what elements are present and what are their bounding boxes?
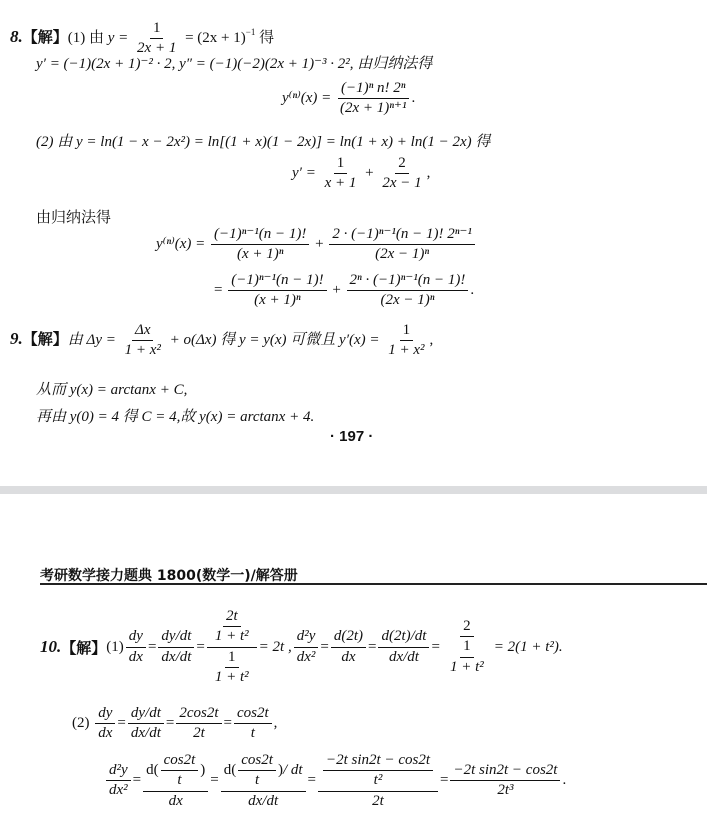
numerator: −2t sin2t − cos2t bbox=[450, 762, 560, 781]
compound-fraction: 2t1 + t² 11 + t² bbox=[207, 608, 257, 686]
denominator: dx bbox=[166, 792, 186, 810]
numerator: 1 bbox=[225, 649, 239, 668]
q8-part2-line: (2) 由 y = ln(1 − x − 2x²) = ln[(1 + x)(1… bbox=[36, 130, 490, 151]
punct: , bbox=[427, 165, 431, 181]
numerator: Δx bbox=[132, 322, 153, 341]
fraction: −2t sin2t − cos2tt² bbox=[323, 752, 433, 790]
q9-line2: 从而 y(x) = arctanx + C, bbox=[36, 378, 187, 399]
numerator: d(cos2tt)/ dt bbox=[221, 752, 306, 792]
denominator: 1 + x² bbox=[122, 341, 164, 359]
q9-line3: 再由 y(0) = 4 得 C = 4,故 y(x) = arctanx + 4… bbox=[36, 405, 314, 426]
numerator: cos2t bbox=[161, 752, 199, 771]
numerator: 2ⁿ · (−1)ⁿ⁻¹(n − 1)! bbox=[347, 272, 469, 291]
math-text: = 2t , bbox=[259, 639, 292, 656]
math-text: y⁽ⁿ⁾(x) = bbox=[282, 90, 331, 106]
solution-tag: 【解】 bbox=[23, 28, 68, 46]
solution-tag: 【解】 bbox=[61, 637, 106, 658]
numerator: d(cos2tt) bbox=[143, 752, 208, 792]
fraction: d(2t)/dtdx/dt bbox=[378, 628, 429, 666]
numerator: 2t1 + t² bbox=[207, 608, 257, 648]
punct: . bbox=[470, 282, 474, 298]
punct: . bbox=[411, 90, 415, 106]
fraction: d²ydx² bbox=[294, 628, 319, 666]
q10-part2-line2: d²ydx²= d(cos2tt) dx = d(cos2tt)/ dt dx/… bbox=[104, 752, 566, 810]
numerator: d²y bbox=[294, 628, 319, 647]
numerator: 2 bbox=[460, 618, 474, 637]
fraction: 2cos2t2t bbox=[176, 705, 221, 743]
numerator: (−1)ⁿ⁻¹(n − 1)! bbox=[228, 272, 326, 291]
compound-fraction: d(cos2tt)/ dt dx/dt bbox=[221, 752, 306, 810]
denominator: 11 + t² bbox=[207, 648, 257, 687]
denominator: x + 1 bbox=[322, 174, 360, 192]
numerator: 2 bbox=[395, 155, 409, 174]
denominator: t bbox=[174, 771, 184, 789]
fraction: −2t sin2t − cos2t2t³ bbox=[450, 762, 560, 800]
numerator: cos2t bbox=[234, 705, 272, 724]
q8-result1: y⁽ⁿ⁾(x) = (−1)ⁿ n! 2ⁿ(2x + 1)ⁿ⁺¹. bbox=[282, 80, 415, 118]
numerator: −2t sin2t − cos2tt² bbox=[318, 752, 438, 792]
fraction: (−1)ⁿ n! 2ⁿ(2x + 1)ⁿ⁺¹ bbox=[337, 80, 409, 118]
punct: , bbox=[430, 332, 434, 348]
numerator: dy/dt bbox=[158, 628, 194, 647]
math-text: d bbox=[224, 762, 232, 778]
fraction: cos2tt bbox=[238, 752, 276, 790]
page-number: · 197 · bbox=[330, 428, 373, 445]
fraction: dydx bbox=[95, 705, 115, 743]
q8-result3: = (−1)ⁿ⁻¹(n − 1)!(x + 1)ⁿ + 2ⁿ · (−1)ⁿ⁻¹… bbox=[214, 272, 474, 310]
denominator: t bbox=[248, 724, 258, 742]
math-text: + o(Δx) 得 y = y(x) 可微且 y′(x) = bbox=[170, 332, 380, 348]
denominator: dx/dt bbox=[386, 648, 422, 666]
denominator: dx/dt bbox=[158, 648, 194, 666]
denominator: (2x − 1)ⁿ bbox=[372, 245, 432, 263]
denominator: 2t bbox=[369, 792, 387, 810]
numerator: 1 bbox=[400, 322, 414, 341]
fraction: 11 + t² bbox=[212, 649, 252, 687]
numerator: (−1)ⁿ⁻¹(n − 1)! bbox=[211, 226, 309, 245]
fraction: (−1)ⁿ⁻¹(n − 1)!(x + 1)ⁿ bbox=[211, 226, 309, 264]
numerator: dy bbox=[95, 705, 115, 724]
part-label: (2) bbox=[72, 715, 90, 732]
math-text: y = bbox=[108, 30, 129, 46]
compound-fraction: 2 11 + t² bbox=[442, 618, 492, 676]
exponent: −1 bbox=[246, 27, 256, 37]
fraction: cos2tt bbox=[161, 752, 199, 790]
fraction: 22x − 1 bbox=[379, 155, 424, 193]
q8-line2: y′ = (−1)(2x + 1)⁻² · 2, y″ = (−1)(−2)(2… bbox=[36, 52, 432, 73]
fraction: 2ⁿ · (−1)ⁿ⁻¹(n − 1)!(2x − 1)ⁿ bbox=[347, 272, 469, 310]
fraction: dy/dtdx/dt bbox=[158, 628, 194, 666]
fraction: Δx1 + x² bbox=[122, 322, 164, 360]
math-text: / dt bbox=[283, 762, 303, 778]
denominator: t² bbox=[371, 771, 386, 789]
numerator: 2cos2t bbox=[176, 705, 221, 724]
fraction: dydx bbox=[126, 628, 146, 666]
denominator: 1 + t² bbox=[212, 627, 252, 645]
question-number: 8. bbox=[10, 27, 23, 46]
denominator: 1 + t² bbox=[447, 658, 487, 676]
denominator: t bbox=[252, 771, 262, 789]
fraction: d(2t)dx bbox=[331, 628, 366, 666]
fraction: 1x + 1 bbox=[322, 155, 360, 193]
denominator: (2x + 1)ⁿ⁺¹ bbox=[337, 99, 409, 117]
denominator: 1 + x² bbox=[385, 341, 427, 359]
math-text: = 2(1 + t²). bbox=[494, 639, 563, 656]
denominator: dx/dt bbox=[245, 792, 281, 810]
denominator: dx bbox=[95, 724, 115, 742]
fraction: 2t1 + t² bbox=[212, 608, 252, 646]
numerator: d(2t)/dt bbox=[378, 628, 429, 647]
denominator: 2t bbox=[190, 724, 208, 742]
math-text: y⁽ⁿ⁾(x) = bbox=[156, 236, 205, 252]
running-header: 考研数学接力题典 1800(数学一)/解答册 bbox=[40, 565, 298, 585]
denominator: dx bbox=[126, 648, 146, 666]
denominator: 1 + t² bbox=[212, 668, 252, 686]
denominator: (x + 1)ⁿ bbox=[251, 291, 304, 309]
numerator: cos2t bbox=[238, 752, 276, 771]
numerator: −2t sin2t − cos2t bbox=[323, 752, 433, 771]
denominator: 11 + t² bbox=[442, 637, 492, 676]
fraction: 11 + x² bbox=[385, 322, 427, 360]
denominator: 2t³ bbox=[494, 781, 516, 799]
denominator: 2x − 1 bbox=[379, 174, 424, 192]
fraction: cos2tt bbox=[234, 705, 272, 743]
question-number: 10. bbox=[40, 637, 61, 657]
numerator: d²y bbox=[106, 762, 131, 781]
punct: . bbox=[562, 772, 566, 789]
denominator: (x + 1)ⁿ bbox=[234, 245, 287, 263]
math-text: 由 Δy = bbox=[68, 332, 116, 348]
denominator: dx bbox=[338, 648, 358, 666]
numerator: d(2t) bbox=[331, 628, 366, 647]
math-text: = (2x + 1) bbox=[185, 30, 246, 46]
fraction: 11 + t² bbox=[447, 638, 487, 676]
header-rule bbox=[40, 583, 707, 585]
denominator: dx/dt bbox=[128, 724, 164, 742]
part-label: (1) 由 bbox=[68, 30, 104, 46]
numerator: 1 bbox=[460, 638, 474, 657]
fraction: d²ydx² bbox=[106, 762, 131, 800]
page-separator bbox=[0, 486, 707, 494]
math-text: y′ = bbox=[292, 165, 316, 181]
denominator: dx² bbox=[294, 648, 319, 666]
numerator: dy/dt bbox=[128, 705, 164, 724]
text: 得 bbox=[259, 30, 274, 46]
denominator: dx² bbox=[106, 781, 131, 799]
q8-result2: y⁽ⁿ⁾(x) = (−1)ⁿ⁻¹(n − 1)!(x + 1)ⁿ + 2 · … bbox=[156, 226, 477, 264]
operator: = bbox=[214, 282, 222, 298]
numerator: 1 bbox=[334, 155, 348, 174]
numerator: 2 · (−1)ⁿ⁻¹(n − 1)! 2ⁿ⁻¹ bbox=[329, 226, 475, 245]
denominator: (2x − 1)ⁿ bbox=[377, 291, 437, 309]
numerator: 1 bbox=[150, 20, 164, 39]
fraction: 2 · (−1)ⁿ⁻¹(n − 1)! 2ⁿ⁻¹(2x − 1)ⁿ bbox=[329, 226, 475, 264]
compound-fraction: d(cos2tt) dx bbox=[143, 752, 208, 810]
numerator: dy bbox=[126, 628, 146, 647]
operator: + bbox=[365, 165, 373, 181]
question-number: 9. bbox=[10, 329, 23, 348]
q8-induction-text: 由归纳法得 bbox=[36, 206, 111, 227]
q9-line1: 9.【解】由 Δy = Δx1 + x² + o(Δx) 得 y = y(x) … bbox=[10, 322, 433, 360]
fraction: dy/dtdx/dt bbox=[128, 705, 164, 743]
solution-tag: 【解】 bbox=[23, 330, 68, 348]
part-label: (1) bbox=[106, 639, 124, 656]
fraction: (−1)ⁿ⁻¹(n − 1)!(x + 1)ⁿ bbox=[228, 272, 326, 310]
compound-fraction: −2t sin2t − cos2tt² 2t bbox=[318, 752, 438, 810]
q10-part2-line1: (2) dydx= dy/dtdx/dt= 2cos2t2t= cos2tt, bbox=[72, 705, 277, 743]
punct: , bbox=[274, 715, 278, 732]
numerator: 2t bbox=[223, 608, 241, 627]
q10-part1: 10.【解】(1) dydx= dy/dtdx/dt= 2t1 + t² 11 … bbox=[40, 608, 563, 686]
numerator: (−1)ⁿ n! 2ⁿ bbox=[338, 80, 409, 99]
q8-part2-derivative: y′ = 1x + 1 + 22x − 1, bbox=[292, 155, 430, 193]
math-text: d bbox=[146, 762, 154, 778]
